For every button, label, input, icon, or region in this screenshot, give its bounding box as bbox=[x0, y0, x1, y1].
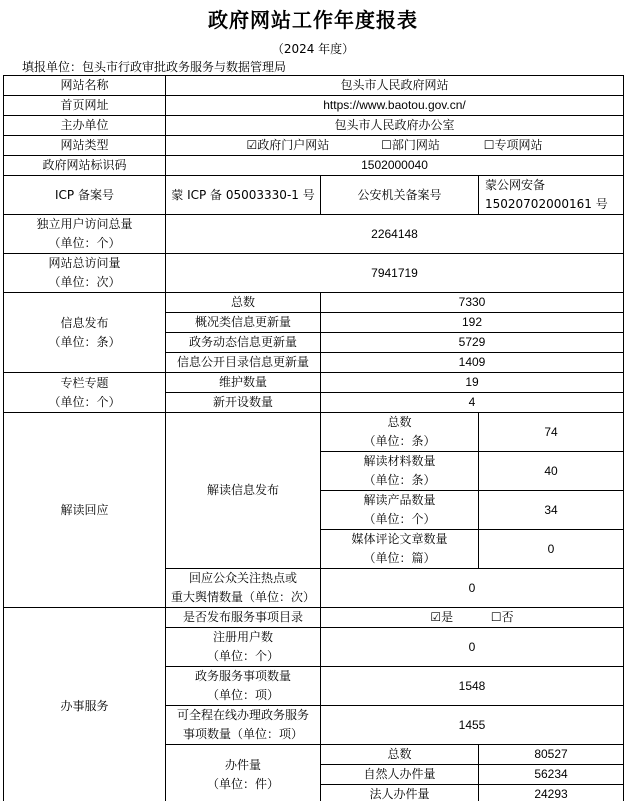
info-row-value: 192 bbox=[321, 313, 624, 333]
registered-users-value: 0 bbox=[321, 628, 624, 667]
row-columns-maintained: 专栏专题 （单位：个） 维护数量 19 bbox=[4, 373, 624, 393]
interpretation-label: 解读回应 bbox=[4, 413, 166, 608]
icp-value: 蒙 ICP 备 05003330-1 号 bbox=[166, 176, 321, 215]
site-name-value: 包头市人民政府网站 bbox=[166, 76, 624, 96]
police-record-line1: 蒙公网安备 bbox=[485, 176, 621, 195]
site-name-label: 网站名称 bbox=[4, 76, 166, 96]
info-publish-label-line1: 信息发布 bbox=[6, 314, 163, 333]
row-total-visits: 网站总访问量 （单位：次） 7941719 bbox=[4, 254, 624, 293]
interp-row-label: 解读材料数量 （单位：条） bbox=[321, 452, 479, 491]
response-label-line1: 回应公众关注热点或 bbox=[168, 569, 318, 588]
interp-row-label-unit: （单位：条） bbox=[323, 432, 476, 451]
report-title: 政府网站工作年度报表 bbox=[0, 4, 626, 33]
online-items-label: 可全程在线办理政务服务 事项数量（单位：项） bbox=[166, 706, 321, 745]
cases-row-label: 法人办件量 bbox=[321, 785, 479, 801]
cases-label: 办件量 （单位：件） bbox=[166, 745, 321, 801]
registered-users-label-line1: 注册用户数 bbox=[168, 628, 318, 647]
interp-row-label-unit: （单位：篇） bbox=[323, 549, 476, 568]
homepage-label: 首页网址 bbox=[4, 96, 166, 116]
service-catalog-label: 是否发布服务事项目录 bbox=[166, 608, 321, 628]
registered-users-label-unit: （单位：个） bbox=[168, 647, 318, 666]
interp-row-label-line1: 总数 bbox=[323, 413, 476, 432]
columns-label: 专栏专题 （单位：个） bbox=[4, 373, 166, 413]
row-site-code: 政府网站标识码 1502000040 bbox=[4, 156, 624, 176]
sponsor-value: 包头市人民政府办公室 bbox=[166, 116, 624, 136]
service-items-label: 政务服务事项数量 （单位：项） bbox=[166, 667, 321, 706]
interp-row-value: 34 bbox=[479, 491, 624, 530]
response-label-line2: 重大舆情数量（单位：次） bbox=[168, 588, 318, 607]
row-interp-total: 解读回应 解读信息发布 总数 （单位：条） 74 bbox=[4, 413, 624, 452]
cases-label-unit: （单位：件） bbox=[168, 775, 318, 794]
info-publish-label: 信息发布 （单位：条） bbox=[4, 293, 166, 373]
cases-row-value: 56234 bbox=[479, 765, 624, 785]
total-visits-value: 7941719 bbox=[166, 254, 624, 293]
row-site-name: 网站名称 包头市人民政府网站 bbox=[4, 76, 624, 96]
unique-visitors-label: 独立用户访问总量 （单位：个） bbox=[4, 215, 166, 254]
interp-row-label: 媒体评论文章数量 （单位：篇） bbox=[321, 530, 479, 569]
interp-row-value: 74 bbox=[479, 413, 624, 452]
row-site-type: 网站类型 ☑政府门户网站 ☐部门网站 ☐专项网站 bbox=[4, 136, 624, 156]
unique-visitors-value: 2264148 bbox=[166, 215, 624, 254]
info-row-label: 概况类信息更新量 bbox=[166, 313, 321, 333]
row-sponsor: 主办单位 包头市人民政府办公室 bbox=[4, 116, 624, 136]
cases-label-line1: 办件量 bbox=[168, 756, 318, 775]
columns-row-label: 新开设数量 bbox=[166, 393, 321, 413]
service-items-label-unit: （单位：项） bbox=[168, 686, 318, 705]
interp-row-label-line1: 解读材料数量 bbox=[323, 452, 476, 471]
service-items-value: 1548 bbox=[321, 667, 624, 706]
total-visits-label-unit: （单位：次） bbox=[6, 273, 163, 292]
info-row-value: 7330 bbox=[321, 293, 624, 313]
checkbox-department-site[interactable]: ☐部门网站 bbox=[381, 136, 440, 155]
interp-row-label: 解读产品数量 （单位：个） bbox=[321, 491, 479, 530]
services-label: 办事服务 bbox=[4, 608, 166, 801]
site-code-value: 1502000040 bbox=[166, 156, 624, 176]
cases-row-label: 总数 bbox=[321, 745, 479, 765]
interp-row-label: 总数 （单位：条） bbox=[321, 413, 479, 452]
columns-label-unit: （单位：个） bbox=[6, 393, 163, 412]
unique-visitors-label-unit: （单位：个） bbox=[6, 234, 163, 253]
police-record-line2: 15020702000161 号 bbox=[485, 195, 621, 214]
row-info-total: 信息发布 （单位：条） 总数 7330 bbox=[4, 293, 624, 313]
icp-label: ICP 备案号 bbox=[4, 176, 166, 215]
cases-row-label: 自然人办件量 bbox=[321, 765, 479, 785]
checkbox-catalog-yes[interactable]: ☑是 bbox=[430, 608, 453, 627]
info-publish-label-unit: （单位：条） bbox=[6, 333, 163, 352]
columns-row-label: 维护数量 bbox=[166, 373, 321, 393]
filler-unit: 填报单位：包头市行政审批政务服务与数据管理局 bbox=[22, 58, 286, 75]
row-unique-visitors: 独立用户访问总量 （单位：个） 2264148 bbox=[4, 215, 624, 254]
report-table: 网站名称 包头市人民政府网站 首页网址 https://www.baotou.g… bbox=[3, 75, 624, 801]
site-type-label: 网站类型 bbox=[4, 136, 166, 156]
police-record-value: 蒙公网安备 15020702000161 号 bbox=[479, 176, 624, 215]
columns-label-line1: 专栏专题 bbox=[6, 374, 163, 393]
row-service-catalog: 办事服务 是否发布服务事项目录 ☑是 ☐否 bbox=[4, 608, 624, 628]
total-visits-label: 网站总访问量 （单位：次） bbox=[4, 254, 166, 293]
info-row-label: 总数 bbox=[166, 293, 321, 313]
columns-row-value: 4 bbox=[321, 393, 624, 413]
checkbox-portal-site[interactable]: ☑政府门户网站 bbox=[247, 136, 330, 155]
site-type-options: ☑政府门户网站 ☐部门网站 ☐专项网站 bbox=[166, 136, 624, 156]
online-items-label-line1: 可全程在线办理政务服务 bbox=[168, 706, 318, 725]
site-code-label: 政府网站标识码 bbox=[4, 156, 166, 176]
interp-row-value: 40 bbox=[479, 452, 624, 491]
homepage-link[interactable]: https://www.baotou.gov.cn/ bbox=[166, 96, 624, 116]
info-row-value: 1409 bbox=[321, 353, 624, 373]
interp-row-label-line1: 媒体评论文章数量 bbox=[323, 530, 476, 549]
cases-row-value: 24293 bbox=[479, 785, 624, 801]
report-year: （2024 年度） bbox=[0, 40, 626, 57]
online-items-label-line2: 事项数量（单位：项） bbox=[168, 725, 318, 744]
response-label: 回应公众关注热点或 重大舆情数量（单位：次） bbox=[166, 569, 321, 608]
police-record-label: 公安机关备案号 bbox=[321, 176, 479, 215]
online-items-value: 1455 bbox=[321, 706, 624, 745]
row-icp: ICP 备案号 蒙 ICP 备 05003330-1 号 公安机关备案号 蒙公网… bbox=[4, 176, 624, 215]
service-catalog-options: ☑是 ☐否 bbox=[321, 608, 624, 628]
row-homepage: 首页网址 https://www.baotou.gov.cn/ bbox=[4, 96, 624, 116]
interp-row-label-line1: 解读产品数量 bbox=[323, 491, 476, 510]
total-visits-label-line1: 网站总访问量 bbox=[6, 254, 163, 273]
checkbox-special-site[interactable]: ☐专项网站 bbox=[484, 136, 543, 155]
interp-row-label-unit: （单位：个） bbox=[323, 510, 476, 529]
columns-row-value: 19 bbox=[321, 373, 624, 393]
registered-users-label: 注册用户数 （单位：个） bbox=[166, 628, 321, 667]
unique-visitors-label-line1: 独立用户访问总量 bbox=[6, 215, 163, 234]
interp-row-label-unit: （单位：条） bbox=[323, 471, 476, 490]
info-row-value: 5729 bbox=[321, 333, 624, 353]
service-items-label-line1: 政务服务事项数量 bbox=[168, 667, 318, 686]
info-row-label: 政务动态信息更新量 bbox=[166, 333, 321, 353]
cases-row-value: 80527 bbox=[479, 745, 624, 765]
info-row-label: 信息公开目录信息更新量 bbox=[166, 353, 321, 373]
checkbox-catalog-no[interactable]: ☐否 bbox=[491, 608, 514, 627]
sponsor-label: 主办单位 bbox=[4, 116, 166, 136]
interp-row-value: 0 bbox=[479, 530, 624, 569]
interpretation-publish-label: 解读信息发布 bbox=[166, 413, 321, 569]
response-value: 0 bbox=[321, 569, 624, 608]
